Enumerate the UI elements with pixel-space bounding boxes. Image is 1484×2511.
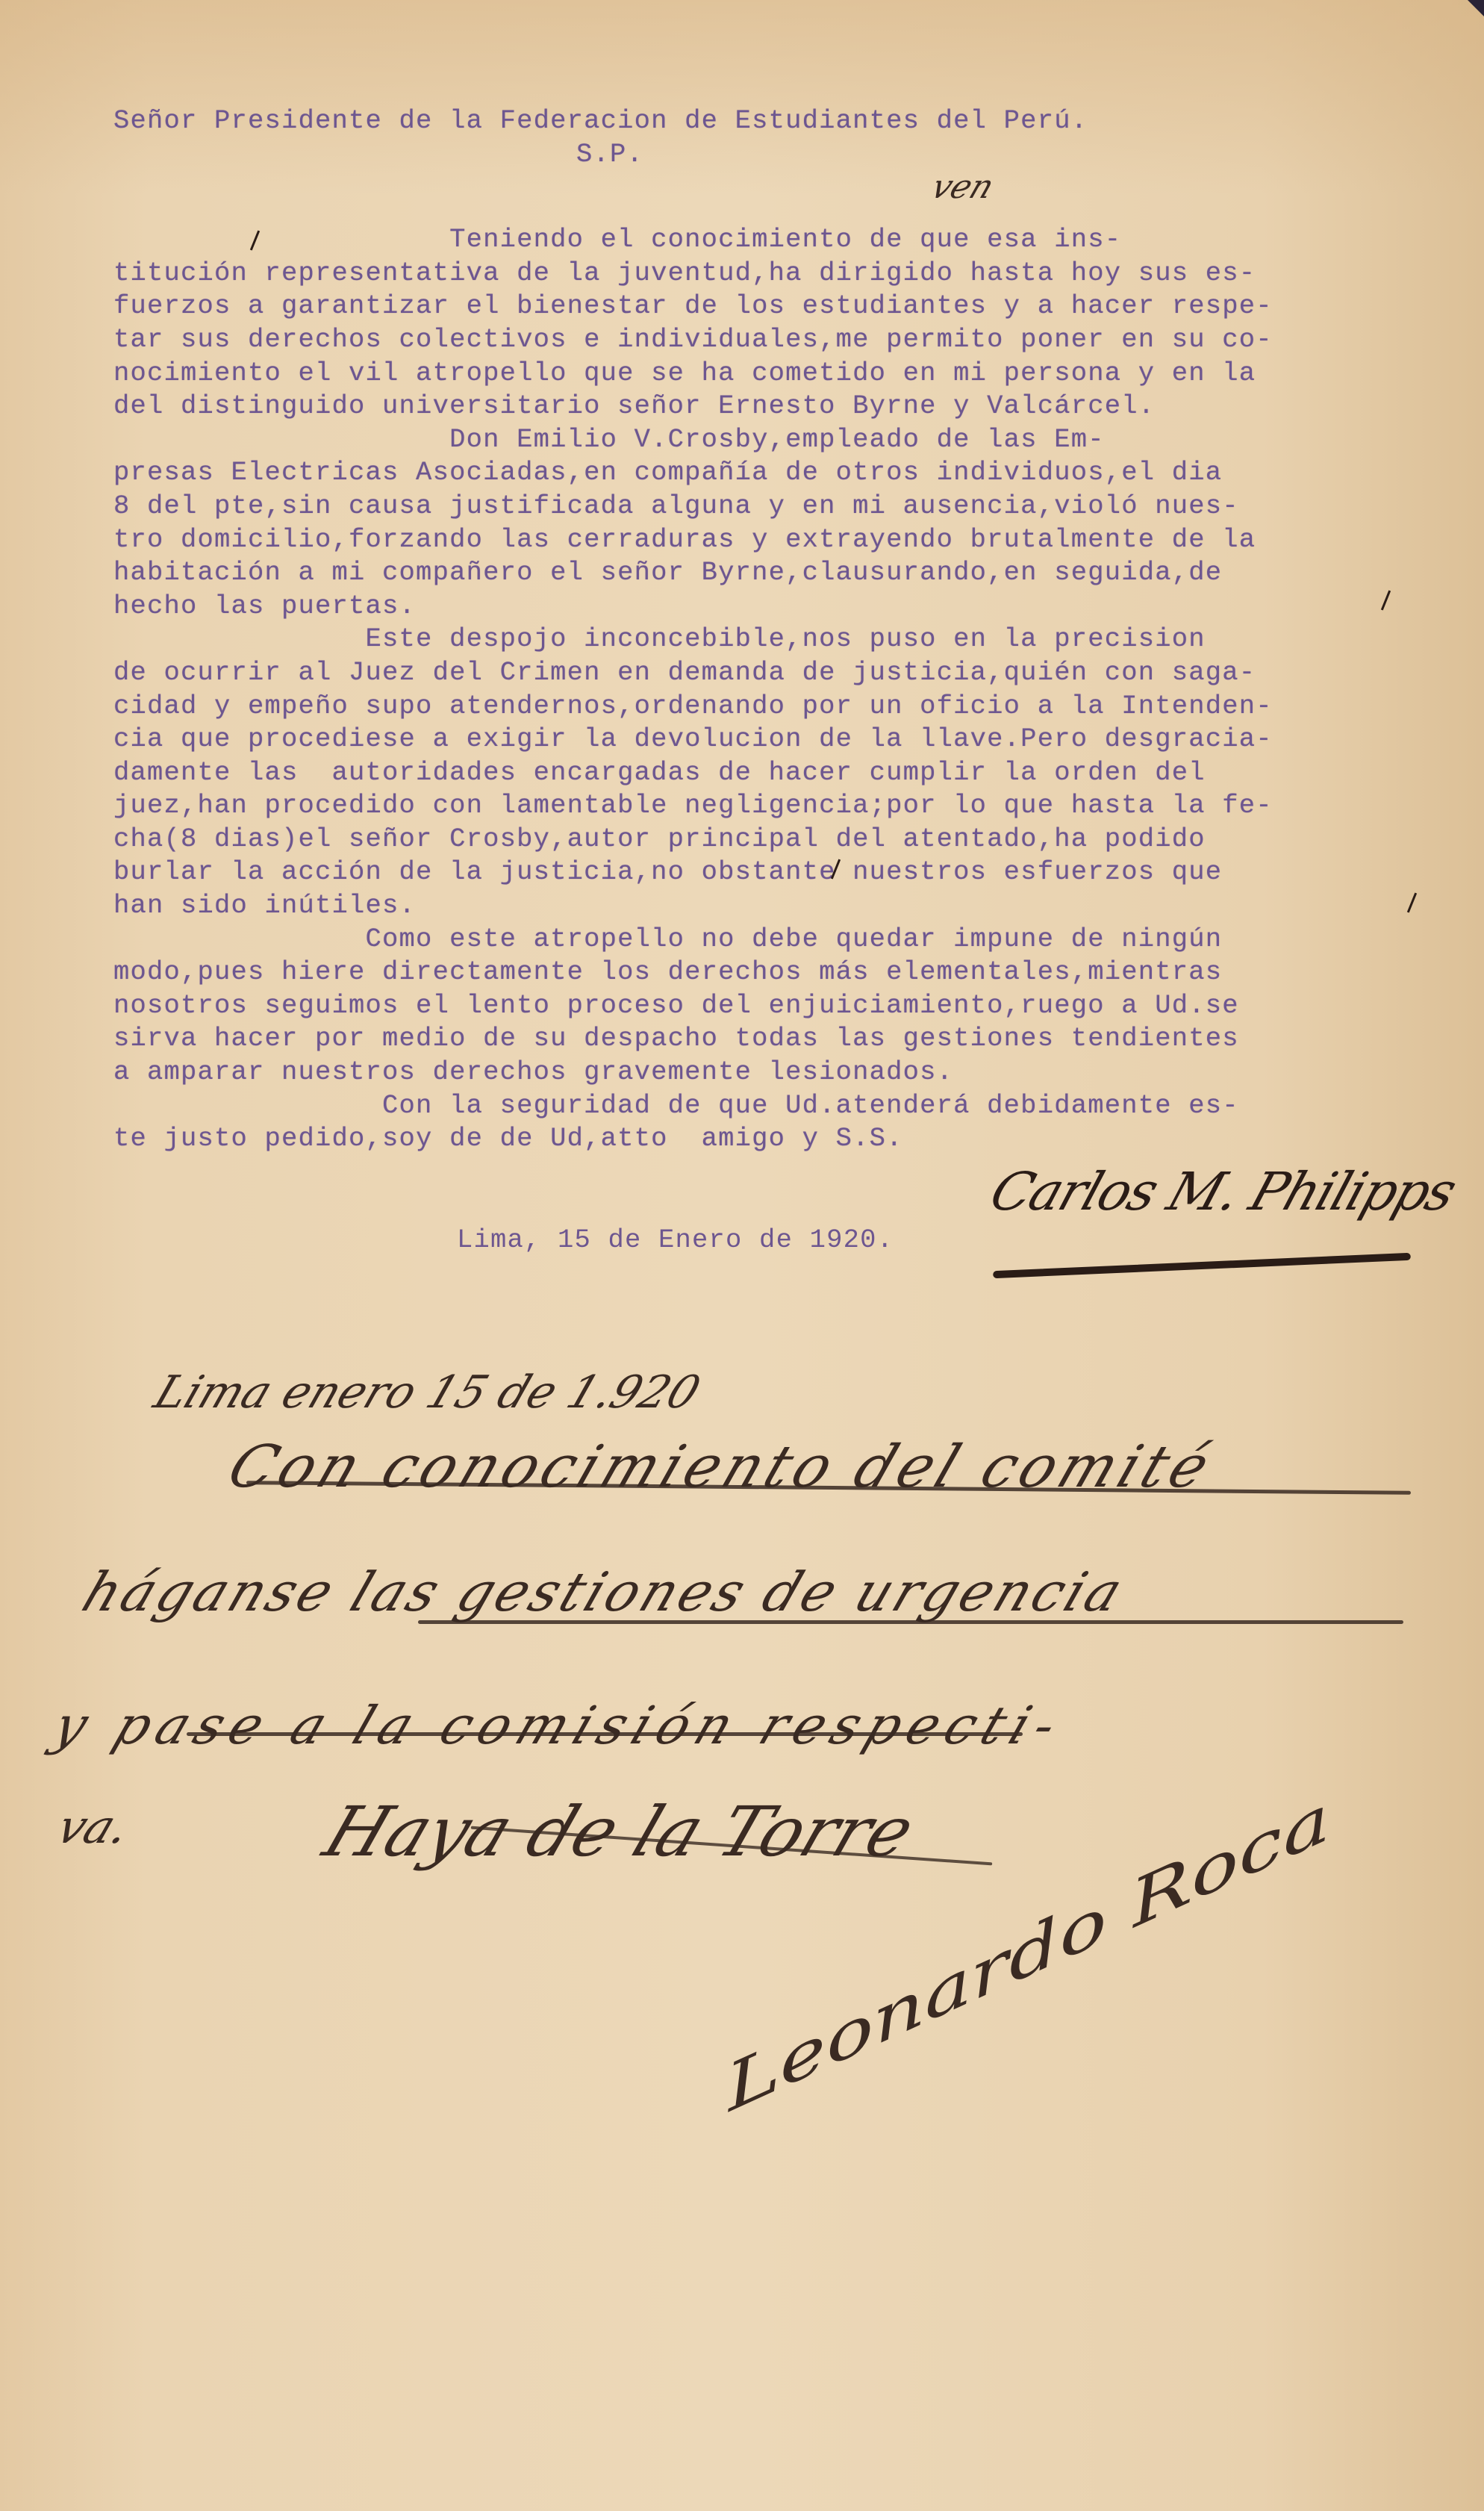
- letter-line: Como este atropello no debe quedar impun…: [113, 923, 1442, 956]
- letter-line: Este despojo inconcebible,nos puso en la…: [113, 623, 1442, 656]
- pen-stroke: [418, 1620, 1403, 1624]
- signature-carlos-philipps: Carlos M. Philipps: [983, 1161, 1463, 1222]
- letter-line: damente las autoridades encargadas de ha…: [113, 756, 1442, 790]
- handwritten-note-line: va.: [50, 1799, 138, 1854]
- letter-line: modo,pues hiere directamente los derecho…: [113, 956, 1442, 989]
- letter-line: sirva hacer por medio de su despacho tod…: [113, 1022, 1442, 1056]
- letter-line: han sido inútiles.: [113, 889, 1442, 923]
- signature-underline: [993, 1253, 1411, 1278]
- page-corner: [1468, 0, 1484, 16]
- letter-line: tar sus derechos colectivos e individual…: [113, 323, 1442, 357]
- salutation: Señor Presidente de la Federacion de Est…: [113, 105, 1442, 138]
- letter-body: Teniendo el conocimiento de que esa ins-…: [113, 223, 1442, 1156]
- letter-line: a amparar nuestros derechos gravemente l…: [113, 1056, 1442, 1089]
- letter-line: Con la seguridad de que Ud.atenderá debi…: [113, 1089, 1442, 1123]
- typed-letter: Señor Presidente de la Federacion de Est…: [113, 105, 1442, 1156]
- letter-line: cidad y empeño supo atendernos,ordenando…: [113, 690, 1442, 724]
- letter-line: cia que procediese a exigir la devolucio…: [113, 723, 1442, 756]
- letter-line: presas Electricas Asociadas,en compañía …: [113, 456, 1442, 490]
- letter-line: nocimiento el vil atropello que se ha co…: [113, 357, 1442, 391]
- letter-line: titución representativa de la juventud,h…: [113, 257, 1442, 290]
- letter-line: nosotros seguimos el lento proceso del e…: [113, 989, 1442, 1023]
- letter-line: hecho las puertas.: [113, 590, 1442, 623]
- letter-line: Don Emilio V.Crosby,empleado de las Em-: [113, 423, 1442, 457]
- handwritten-note-date: Lima enero 15 de 1.920: [147, 1366, 707, 1419]
- letter-line: habitación a mi compañero el señor Byrne…: [113, 556, 1442, 590]
- letter-line: de ocurrir al Juez del Crimen en demanda…: [113, 656, 1442, 690]
- letter-line: burlar la acción de la justicia,no obsta…: [113, 856, 1442, 889]
- letter-line: 8 del pte,sin causa justificada alguna y…: [113, 490, 1442, 523]
- letter-line: del distinguido universitario señor Erne…: [113, 390, 1442, 423]
- letter-line: Teniendo el conocimiento de que esa ins-: [113, 223, 1442, 257]
- letter-line: cha(8 dias)el señor Crosby,autor princip…: [113, 823, 1442, 856]
- letter-date: Lima, 15 de Enero de 1920.: [457, 1225, 894, 1255]
- handwritten-note-line: y pase a la comisión respecti-: [45, 1695, 1072, 1756]
- pen-stroke: [187, 1732, 1023, 1736]
- letter-line: te justo pedido,soy de de Ud,atto amigo …: [113, 1122, 1442, 1156]
- handwritten-note-line: háganse las gestiones de urgencia: [75, 1561, 1134, 1623]
- letter-line: fuerzos a garantizar el bienestar de los…: [113, 290, 1442, 323]
- letter-line: juez,han procedido con lamentable neglig…: [113, 789, 1442, 823]
- salutation-abbrev: S.P.: [113, 138, 1442, 172]
- letter-line: tro domicilio,forzando las cerraduras y …: [113, 523, 1442, 557]
- signature-haya-de-la-torre: Haya de la Torre: [314, 1792, 925, 1872]
